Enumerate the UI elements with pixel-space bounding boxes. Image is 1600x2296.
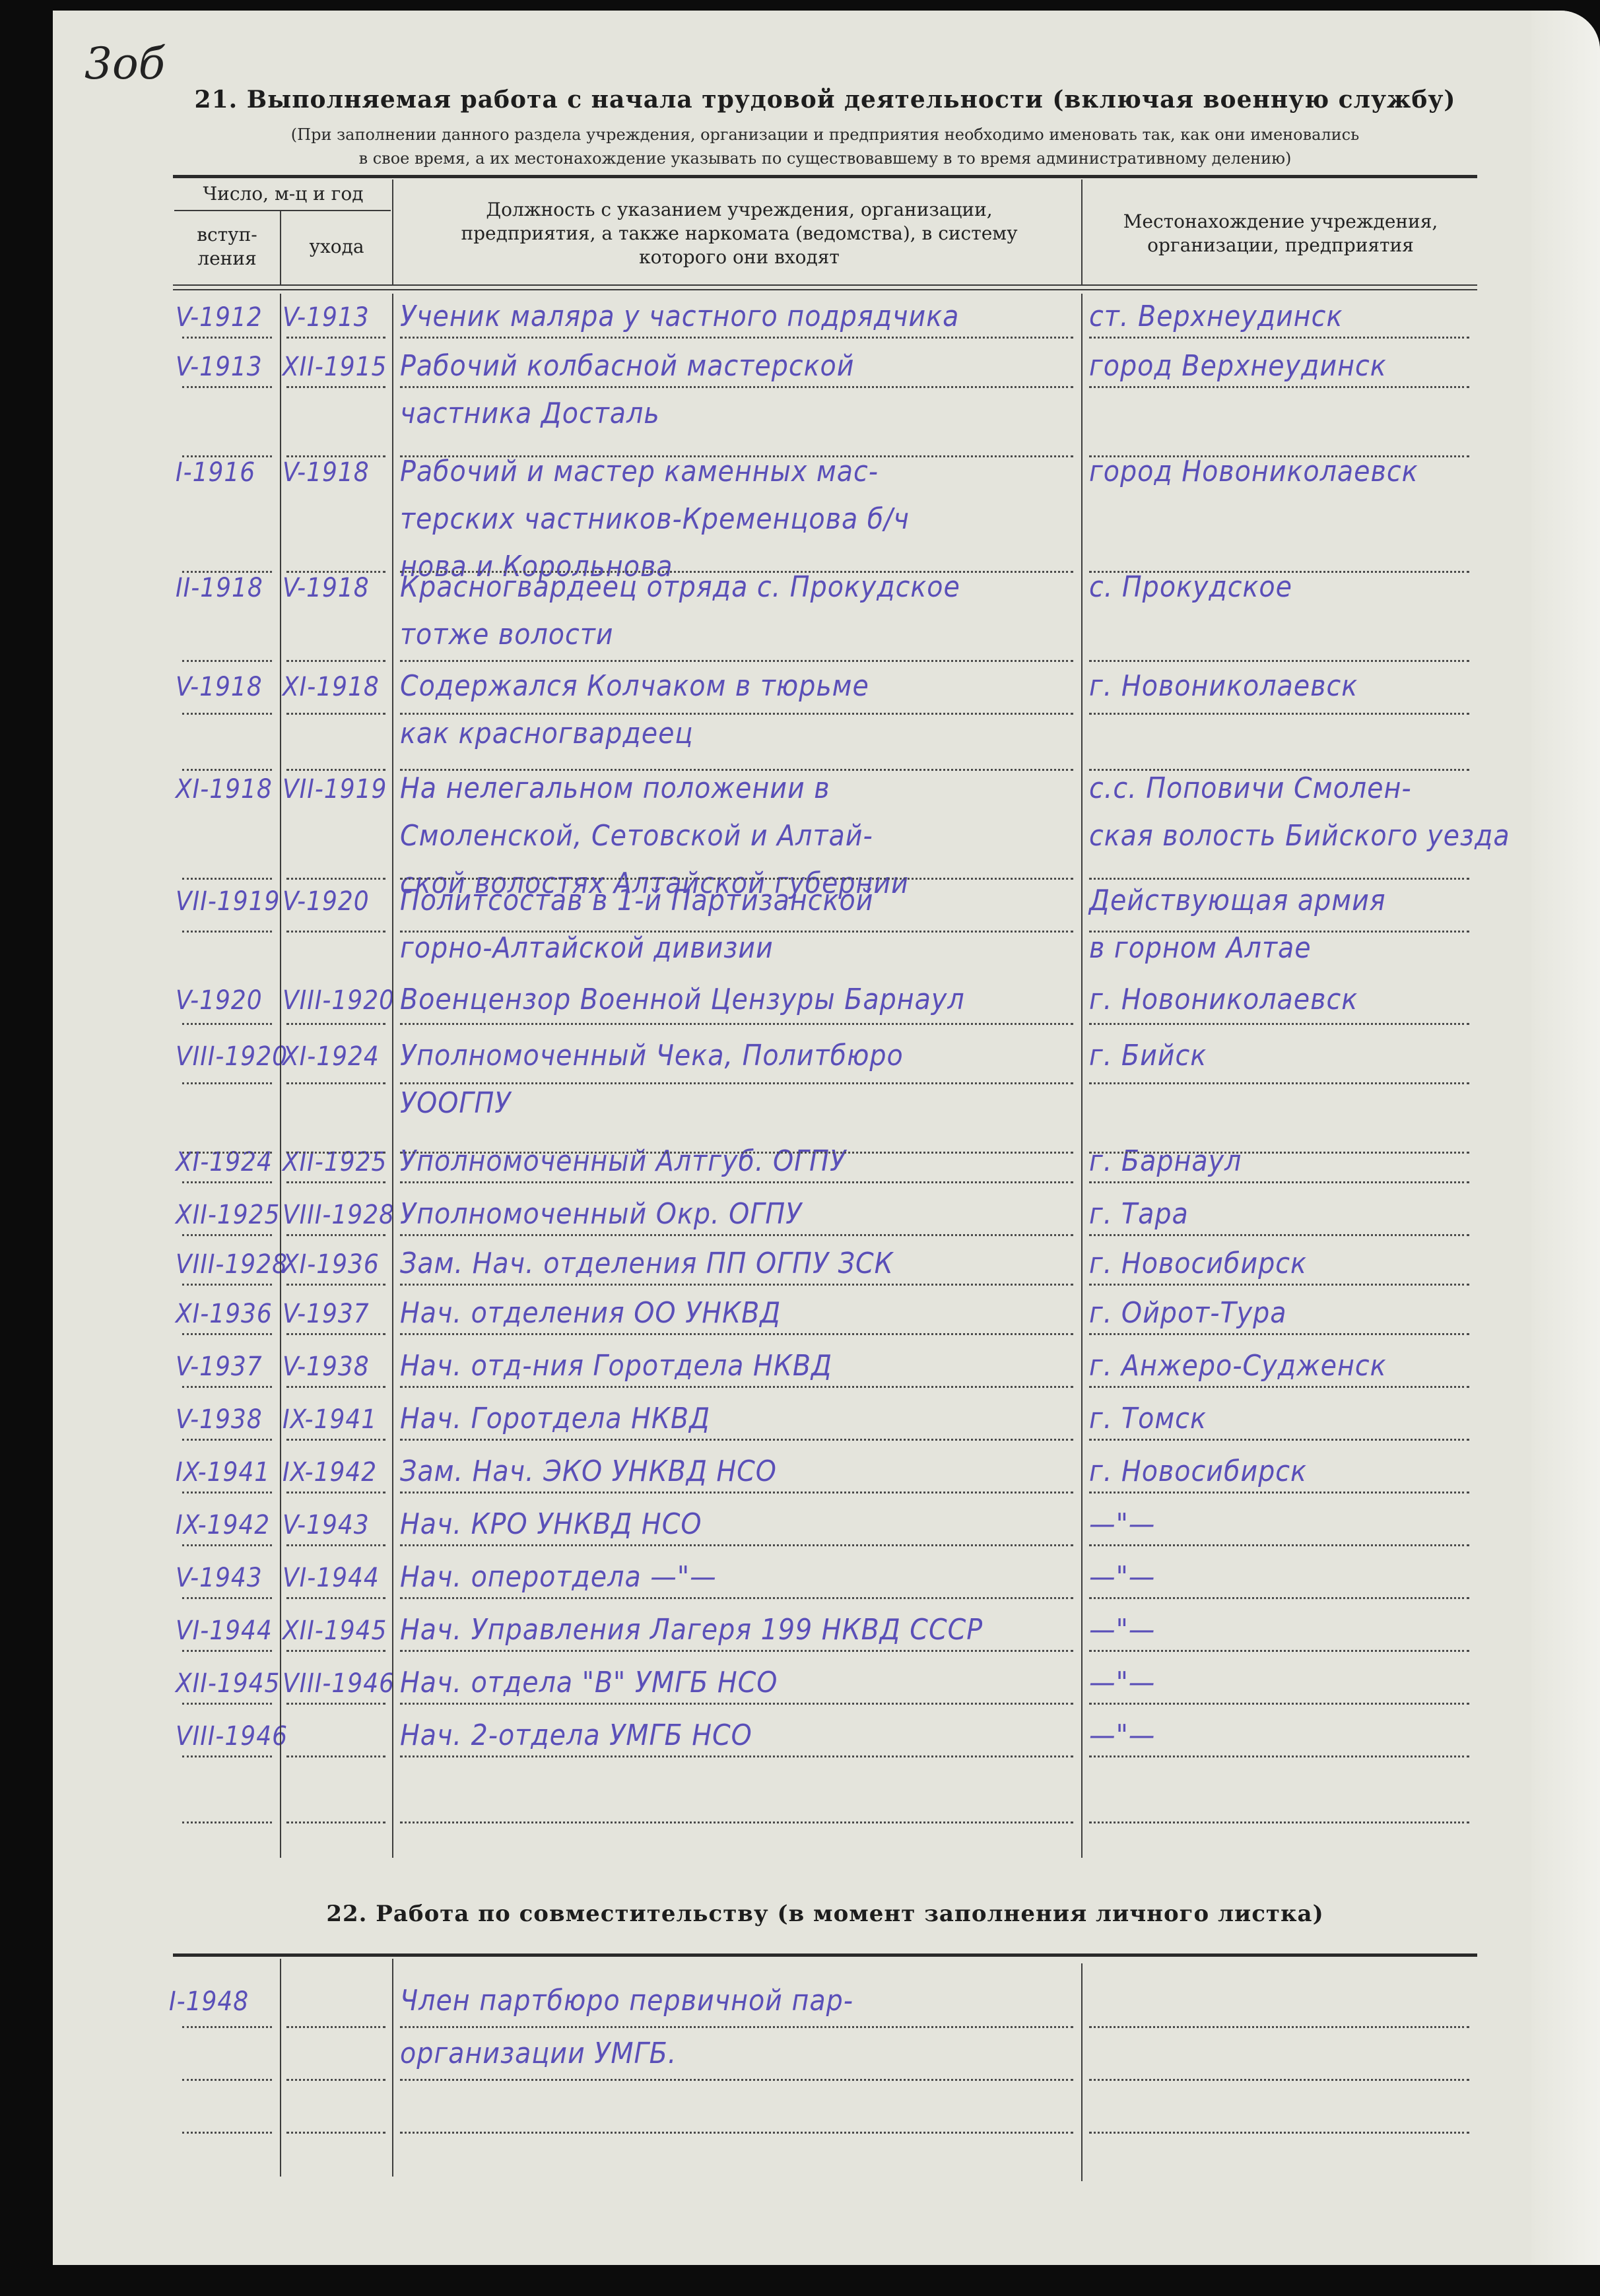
entry-start-date: VI-1944 (176, 1616, 273, 1646)
entry-position: Нач. Управления Лагеря 199 НКВД СССР (400, 1613, 983, 1647)
dotted-line (286, 2132, 385, 2134)
dotted-line (182, 1755, 272, 1757)
dotted-line (182, 1703, 272, 1705)
entry-position: Зам. Нач. ЭКО УНКВД НСО (400, 1455, 777, 1488)
entry-start-date: V-1943 (176, 1563, 263, 1593)
dotted-line (182, 2079, 272, 2081)
dotted-line (286, 1333, 385, 1335)
dotted-line (182, 1082, 272, 1084)
dotted-line (182, 1023, 272, 1025)
dotted-line (286, 660, 385, 662)
entry-start-date: VIII-1928 (176, 1249, 288, 1280)
dotted-line (1089, 1284, 1469, 1286)
entry-location: г. Новониколаевск (1089, 669, 1358, 703)
dotted-line (286, 1492, 385, 1493)
dotted-line (400, 2026, 1073, 2028)
column-divider (392, 1959, 393, 2177)
dotted-line (400, 571, 1073, 573)
entry-end-date: V-1943 (283, 1510, 370, 1540)
dotted-line (286, 878, 385, 880)
entry-start-date: VIII-1920 (176, 1041, 288, 1072)
dotted-line (1089, 1821, 1469, 1823)
entry-location: город Верхнеудинск (1089, 349, 1387, 383)
entry-end-date: XI-1936 (283, 1249, 380, 1280)
entry-end-date: V-1938 (283, 1352, 370, 1382)
dotted-line (182, 1284, 272, 1286)
entry-position: УООГПУ (400, 1086, 511, 1120)
dotted-line (182, 931, 272, 933)
section-21-title: 21. Выполняемая работа с начала трудовой… (173, 86, 1477, 114)
dotted-line (182, 1650, 272, 1652)
dotted-line (400, 1333, 1073, 1335)
entry-end-date: XII-1945 (283, 1616, 387, 1646)
entry-end-date: VIII-1928 (283, 1200, 395, 1230)
dotted-line (286, 1544, 385, 1546)
entry-start-date: XII-1945 (176, 1668, 280, 1699)
dotted-line (1089, 1082, 1469, 1084)
dotted-line (400, 931, 1073, 933)
dotted-line (286, 1386, 385, 1388)
section-21-note-line1: (При заполнении данного раздела учрежден… (173, 125, 1477, 144)
entry-location: г. Тара (1089, 1197, 1189, 1231)
dotted-line (400, 1597, 1073, 1599)
entry-location: г. Барнаул (1089, 1144, 1242, 1178)
entry-end-date: V-1937 (283, 1299, 370, 1329)
entry-position: На нелегальном положении в (400, 771, 830, 805)
dotted-line (182, 1152, 272, 1154)
entry-location: в горном Алтае (1089, 931, 1312, 965)
dotted-line (400, 1821, 1073, 1823)
dotted-line (400, 1181, 1073, 1183)
entry-location: —"— (1089, 1560, 1155, 1594)
entry-end-date: VI-1944 (283, 1563, 380, 1593)
header-bottom-rule-1 (173, 284, 1477, 286)
dotted-line (400, 1650, 1073, 1652)
dotted-line (286, 571, 385, 573)
concurrent-position: организации УМГБ. (400, 2037, 677, 2070)
dotted-line (1089, 2132, 1469, 2134)
dotted-line (286, 1284, 385, 1286)
column-divider (1081, 1963, 1083, 2181)
dotted-line (286, 2026, 385, 2028)
entry-position: как красногвардеец (400, 717, 693, 750)
entry-position: Нач. Горотдела НКВД (400, 1402, 710, 1435)
dotted-line (286, 2079, 385, 2081)
table-top-rule (173, 175, 1477, 178)
entry-location: Действующая армия (1089, 884, 1386, 917)
dotted-line (1089, 660, 1469, 662)
entry-location: —"— (1089, 1507, 1155, 1541)
page-edge-shade (1531, 11, 1600, 2265)
entry-position: Нач. 2-отдела УМГБ НСО (400, 1719, 752, 1752)
dotted-line (286, 1755, 385, 1757)
entry-start-date: XI-1936 (176, 1299, 273, 1329)
concurrent-position: Член партбюро первичной пар- (400, 1984, 853, 2017)
entry-position: Рабочий и мастер каменных мас- (400, 455, 879, 488)
column-divider (392, 294, 393, 1858)
dotted-line (182, 1234, 272, 1236)
dotted-line (1089, 1152, 1469, 1154)
dotted-line (286, 1181, 385, 1183)
entry-end-date: XII-1915 (283, 352, 387, 382)
dotted-line (400, 455, 1073, 457)
entry-position: Ученик маляра у частного подрядчика (400, 300, 959, 333)
entry-position: Военцензор Военной Цензуры Барнаул (400, 983, 965, 1016)
column-divider (280, 1959, 281, 2177)
dotted-line (182, 2026, 272, 2028)
dotted-line (182, 713, 272, 715)
dotted-line (1089, 1492, 1469, 1493)
header-end: ухода (281, 235, 392, 259)
entry-position: Нач. отделения ОО УНКВД (400, 1296, 781, 1330)
header-bottom-rule-2 (173, 289, 1477, 290)
entry-position: Рабочий колбасной мастерской (400, 349, 854, 383)
entry-position: горно-Алтайской дивизии (400, 931, 774, 965)
dotted-line (1089, 1023, 1469, 1025)
dotted-line (182, 1821, 272, 1823)
entry-location: г. Бийск (1089, 1039, 1207, 1072)
concurrent-start-date: I-1948 (169, 1986, 249, 2017)
dotted-line (400, 1284, 1073, 1286)
dotted-line (400, 769, 1073, 771)
dotted-line (1089, 1234, 1469, 1236)
dotted-line (286, 1821, 385, 1823)
dotted-line (400, 1152, 1073, 1154)
entry-position: Смоленской, Сетовской и Алтай- (400, 819, 873, 853)
entry-position: Уполномоченный Окр. ОГПУ (400, 1197, 802, 1231)
dotted-line (400, 386, 1073, 388)
entry-location: —"— (1089, 1666, 1155, 1699)
dotted-line (1089, 931, 1469, 933)
entry-end-date: VII-1919 (283, 774, 387, 804)
dotted-line (400, 1703, 1073, 1705)
entry-start-date: V-1920 (176, 985, 263, 1016)
dotted-line (400, 1023, 1073, 1025)
entry-end-date: IX-1942 (283, 1457, 377, 1488)
dotted-line (400, 1492, 1073, 1493)
dotted-line (1089, 1181, 1469, 1183)
entry-end-date: XI-1918 (283, 672, 380, 702)
entry-position: терских частников-Кременцова б/ч (400, 502, 910, 536)
header-divider-2 (392, 180, 393, 284)
entry-location: г. Анжеро-Судженск (1089, 1349, 1387, 1383)
dotted-line (182, 2132, 272, 2134)
entry-location: г. Новосибирск (1089, 1247, 1307, 1280)
entry-start-date: IX-1941 (176, 1457, 270, 1488)
column-divider (1081, 294, 1083, 1858)
dotted-line (1089, 1703, 1469, 1705)
header-start: вступ- ления (174, 223, 280, 271)
dotted-line (1089, 1597, 1469, 1599)
entry-end-date: XI-1924 (283, 1041, 380, 1072)
dotted-line (1089, 2079, 1469, 2081)
entry-start-date: V-1913 (176, 352, 263, 382)
dotted-line (182, 769, 272, 771)
dotted-line (286, 1082, 385, 1084)
entry-location: г. Новосибирск (1089, 1455, 1307, 1488)
dotted-line (400, 1234, 1073, 1236)
section-22-title: 22. Работа по совместительству (в момент… (173, 1901, 1477, 1927)
column-divider (280, 294, 281, 1858)
dotted-line (400, 1544, 1073, 1546)
entry-location: —"— (1089, 1719, 1155, 1752)
entry-position: тотже волости (400, 618, 614, 651)
entry-end-date: V-1920 (283, 886, 370, 917)
dotted-line (1089, 1650, 1469, 1652)
dotted-line (182, 1181, 272, 1183)
dotted-line (1089, 1386, 1469, 1388)
header-location: Местонахождение учреждения, организации,… (1096, 210, 1465, 257)
dotted-line (400, 337, 1073, 339)
entry-start-date: XII-1925 (176, 1200, 280, 1230)
dotted-line (182, 1597, 272, 1599)
dotted-line (1089, 769, 1469, 771)
entry-position: Нач. КРО УНКВД НСО (400, 1507, 702, 1541)
header-position: Должность с указанием учреждения, органи… (416, 198, 1063, 269)
entry-end-date: VIII-1946 (283, 1668, 395, 1699)
dotted-line (182, 571, 272, 573)
entry-position: частника Досталь (400, 397, 660, 430)
dotted-line (286, 1152, 385, 1154)
dotted-line (1089, 713, 1469, 715)
entry-location: с. Прокудское (1089, 570, 1292, 604)
dotted-line (286, 713, 385, 715)
section-22-top-rule (173, 1953, 1477, 1957)
section-21-note-line2: в свое время, а их местонахождение указы… (173, 149, 1477, 168)
dotted-line (1089, 337, 1469, 339)
dotted-line (400, 1439, 1073, 1441)
entry-location: с.с. Поповичи Смолен- (1089, 771, 1412, 805)
dotted-line (400, 878, 1073, 880)
dotted-line (1089, 1755, 1469, 1757)
folio-mark: 3об (84, 38, 165, 89)
dotted-line (286, 1650, 385, 1652)
dotted-line (400, 1386, 1073, 1388)
dotted-line (286, 769, 385, 771)
entry-end-date: V-1913 (283, 302, 370, 333)
entry-start-date: VIII-1946 (176, 1721, 288, 1752)
dotted-line (286, 386, 385, 388)
entry-position: Нач. отдела "В" УМГБ НСО (400, 1666, 778, 1699)
dotted-line (286, 931, 385, 933)
entry-location: г. Томск (1089, 1402, 1207, 1435)
dotted-line (182, 1333, 272, 1335)
dotted-line (1089, 386, 1469, 388)
entry-location: ст. Верхнеудинск (1089, 300, 1343, 333)
dotted-line (182, 1544, 272, 1546)
entry-start-date: V-1918 (176, 672, 263, 702)
dotted-line (400, 2079, 1073, 2081)
dotted-line (286, 1703, 385, 1705)
entry-start-date: IX-1942 (176, 1510, 270, 1540)
header-date-group: Число, м-ц и год (174, 182, 392, 206)
dotted-line (286, 1439, 385, 1441)
dotted-line (286, 455, 385, 457)
dotted-line (1089, 455, 1469, 457)
dotted-line (182, 386, 272, 388)
dotted-line (1089, 1333, 1469, 1335)
entry-position: Уполномоченный Алтгуб. ОГПУ (400, 1144, 846, 1178)
entry-end-date: V-1918 (283, 457, 370, 488)
entry-end-date: V-1918 (283, 573, 370, 603)
dotted-line (286, 1597, 385, 1599)
entry-position: Зам. Нач. отделения ПП ОГПУ ЗСК (400, 1247, 894, 1280)
dotted-line (182, 1386, 272, 1388)
entry-start-date: II-1918 (176, 573, 263, 603)
dotted-line (1089, 2026, 1469, 2028)
dotted-line (286, 1023, 385, 1025)
dotted-line (1089, 1544, 1469, 1546)
entry-location: —"— (1089, 1613, 1155, 1647)
entry-position: Красногвардеец отряда с. Прокудское (400, 570, 960, 604)
entry-location: город Новониколаевск (1089, 455, 1418, 488)
dotted-line (400, 713, 1073, 715)
entry-position: Нач. отд-ния Горотдела НКВД (400, 1349, 832, 1383)
dotted-line (286, 337, 385, 339)
dotted-line (182, 878, 272, 880)
dotted-line (182, 1439, 272, 1441)
dotted-line (400, 2132, 1073, 2134)
entry-position: Уполномоченный Чека, Политбюро (400, 1039, 904, 1072)
dotted-line (400, 1755, 1073, 1757)
entry-position: Содержался Колчаком в тюрьме (400, 669, 869, 703)
dotted-line (1089, 571, 1469, 573)
dotted-line (182, 337, 272, 339)
entry-start-date: V-1912 (176, 302, 263, 333)
dotted-line (182, 455, 272, 457)
dotted-line (400, 660, 1073, 662)
header-divider-3 (1081, 180, 1083, 284)
entry-position: Нач. оперотдела —"— (400, 1560, 717, 1594)
dotted-line (286, 1234, 385, 1236)
dotted-line (182, 660, 272, 662)
entry-location: ская волость Бийского уезда (1089, 819, 1510, 853)
dotted-line (400, 1082, 1073, 1084)
entry-location: г. Новониколаевск (1089, 983, 1358, 1016)
dotted-line (1089, 878, 1469, 880)
entry-end-date: VIII-1920 (283, 985, 395, 1016)
entry-location: г. Ойрот-Тура (1089, 1296, 1286, 1330)
entry-start-date: I-1916 (176, 457, 255, 488)
entry-end-date: IX-1941 (283, 1404, 377, 1435)
entry-start-date: VII-1919 (176, 886, 280, 917)
entry-start-date: V-1938 (176, 1404, 263, 1435)
date-group-rule (174, 210, 391, 211)
dotted-line (1089, 1439, 1469, 1441)
entry-start-date: V-1937 (176, 1352, 263, 1382)
entry-position: Политсостав в 1-й Партизанской (400, 884, 873, 917)
entry-start-date: XI-1918 (176, 774, 273, 804)
dotted-line (182, 1492, 272, 1493)
